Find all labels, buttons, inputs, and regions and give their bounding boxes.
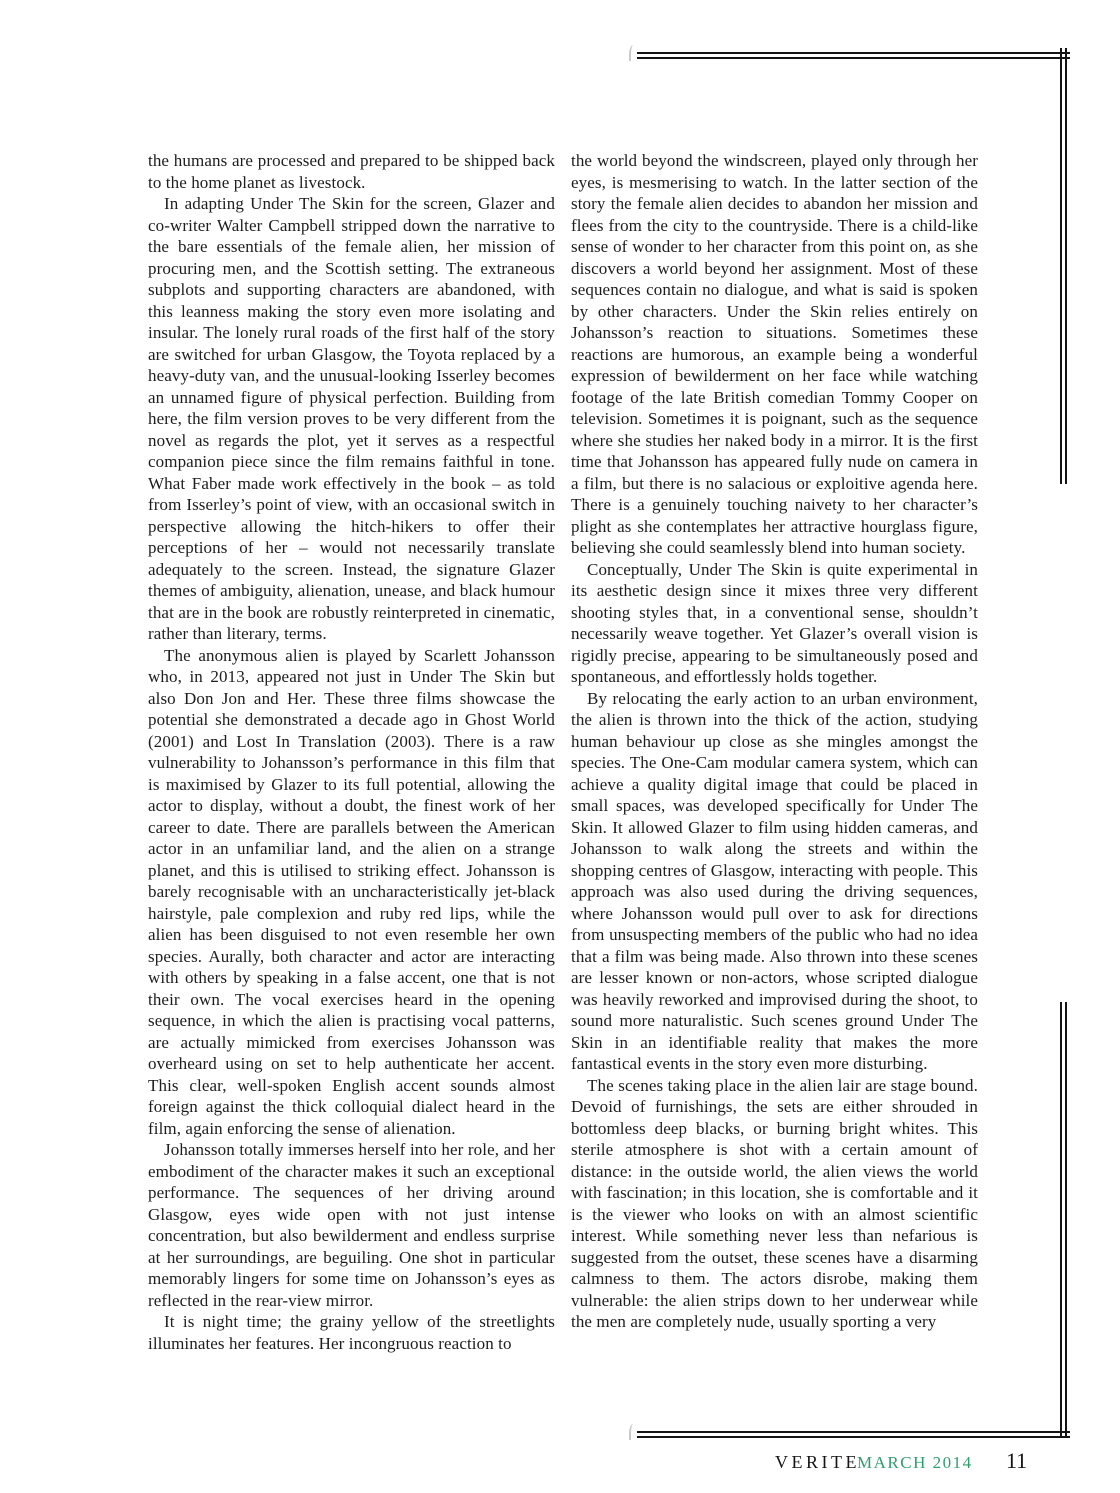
article-body: the humans are processed and prepared to… <box>148 150 978 1354</box>
left-column: the humans are processed and prepared to… <box>148 150 555 1354</box>
flourish-ornament-top <box>629 45 636 61</box>
article-paragraph: Conceptually, Under The Skin is quite ex… <box>571 559 978 688</box>
flourish-ornament-bottom <box>629 1424 636 1440</box>
frame-line-bottom-vertical <box>1060 1002 1067 1438</box>
article-paragraph: The anonymous alien is played by Scarlet… <box>148 645 555 1140</box>
issue-date: MARCH 2014 <box>857 1453 973 1473</box>
magazine-name: VERITE <box>775 1452 860 1473</box>
article-paragraph: the world beyond the windscreen, played … <box>571 150 978 559</box>
article-paragraph: The scenes taking place in the alien lai… <box>571 1075 978 1333</box>
article-paragraph: By relocating the early action to an urb… <box>571 688 978 1075</box>
frame-line-top-horizontal <box>637 52 1070 59</box>
page-number: 11 <box>1006 1448 1027 1474</box>
frame-line-bottom-horizontal <box>637 1431 1070 1438</box>
article-paragraph: It is night time; the grainy yellow of t… <box>148 1311 555 1354</box>
article-paragraph: In adapting Under The Skin for the scree… <box>148 193 555 645</box>
article-paragraph: Johansson totally immerses herself into … <box>148 1139 555 1311</box>
article-paragraph: the humans are processed and prepared to… <box>148 150 555 193</box>
frame-line-top-vertical <box>1060 48 1067 484</box>
right-column: the world beyond the windscreen, played … <box>571 150 978 1354</box>
magazine-page: the humans are processed and prepared to… <box>0 0 1120 1493</box>
